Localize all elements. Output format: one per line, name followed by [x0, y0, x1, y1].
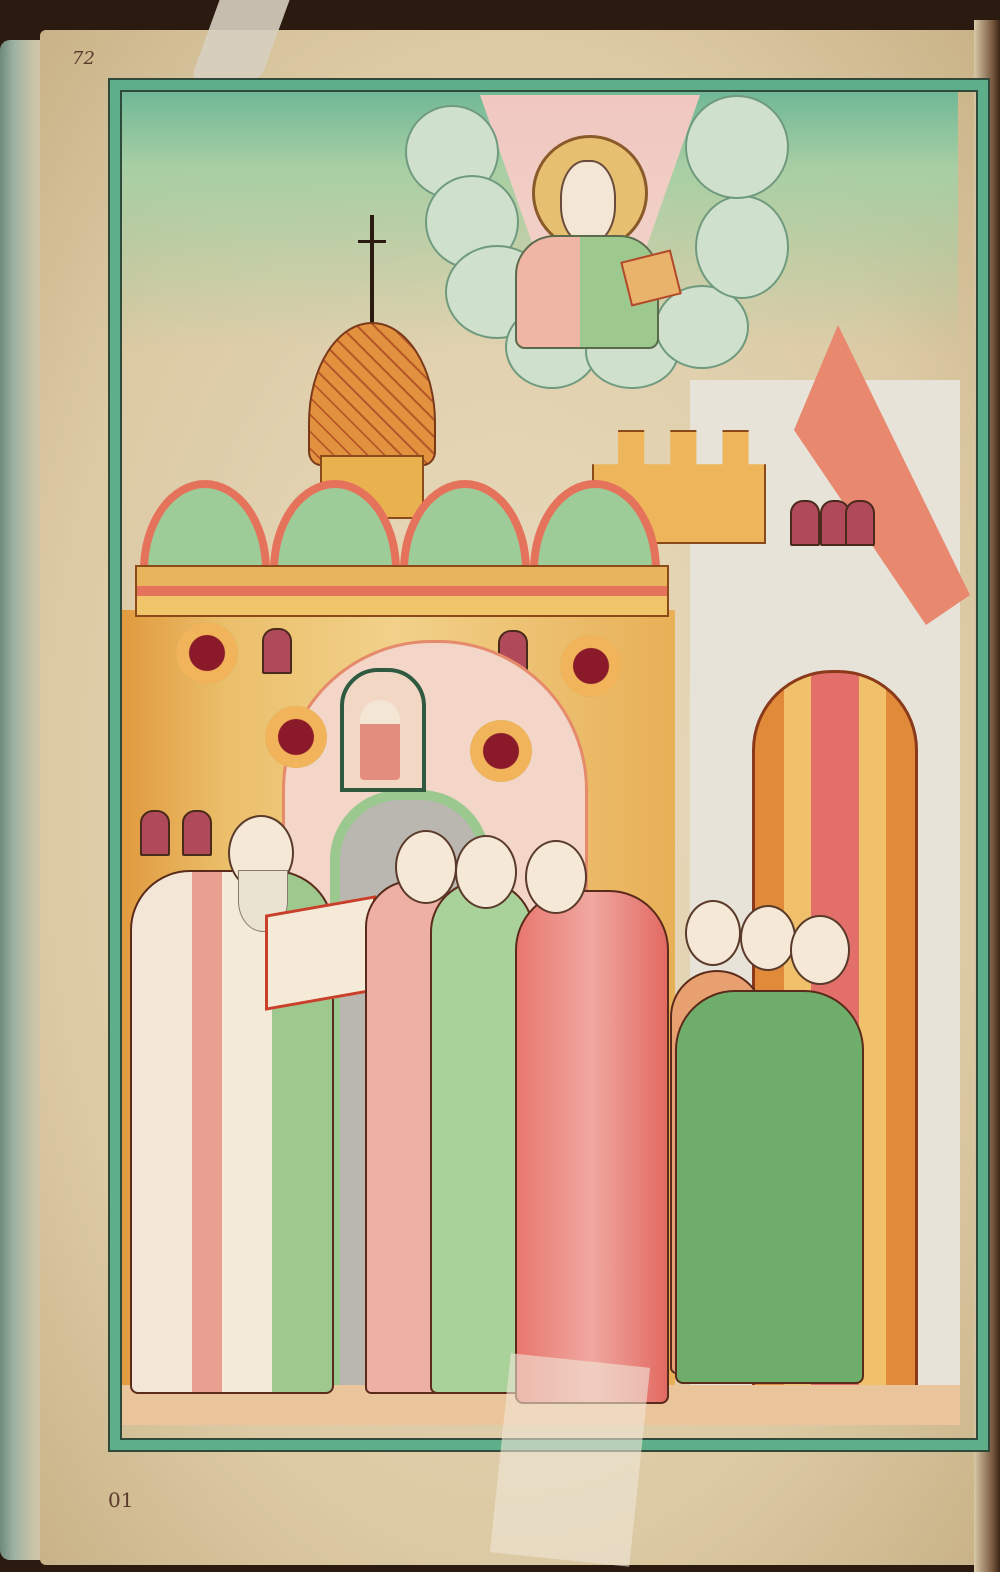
folio-number-bottom: 01	[108, 1488, 133, 1512]
folio-number-top: 72	[72, 48, 95, 69]
green-border-frame	[110, 80, 988, 1450]
paper-stain	[490, 1353, 650, 1567]
